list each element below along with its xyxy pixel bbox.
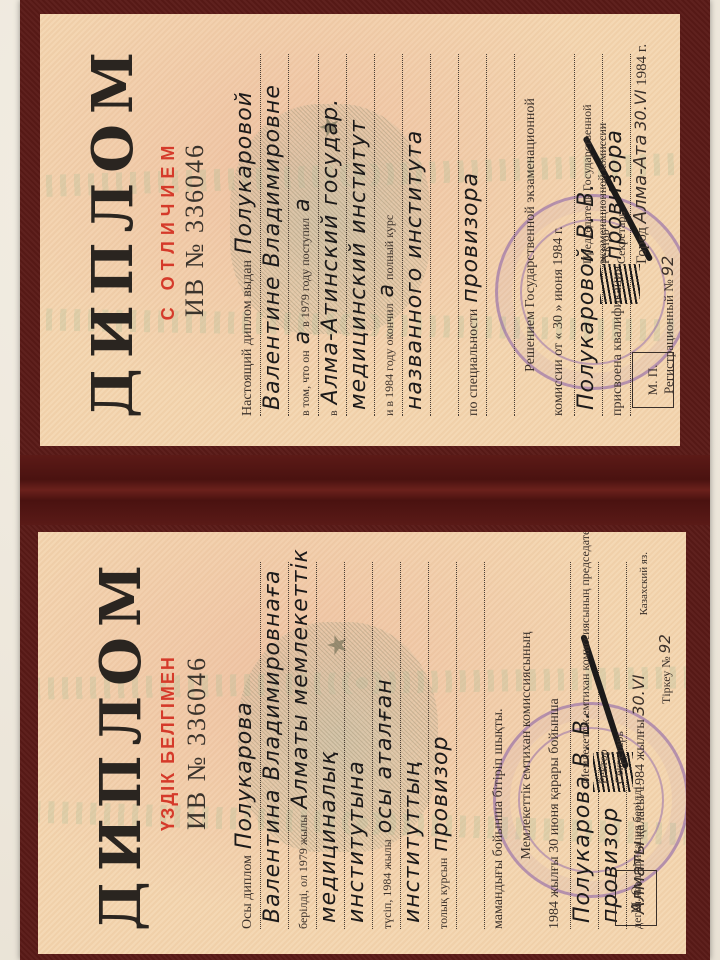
body-line: комиссии от « 30 » июня 1984 г.: [544, 54, 575, 416]
registration-line: Регистрационный № 92: [658, 256, 677, 394]
body-line: Осы дипломПолукарова: [230, 562, 261, 929]
body-line: Настоящий диплом выданПолукаровой: [230, 54, 261, 416]
body-line: в том, что она в 1979 году поступила: [288, 54, 319, 416]
body-line: мамандығы бойынша бітіріп шықты.: [484, 562, 514, 929]
body-line: и в 1984 году окончила полный курс: [372, 54, 403, 416]
registration-line: Тіркеу № 92: [656, 634, 674, 704]
body-line: названного института: [400, 54, 431, 416]
chair-label: Мемлекеттік емтихан комиссиясының предсе…: [578, 532, 593, 784]
diploma-subtitle: С ОТЛИЧИЕМ: [158, 14, 179, 446]
russian-page: ★ ДИПЛОМ С ОТЛИЧИЕМ ИВ № 336046 Настоящи…: [40, 14, 680, 446]
body-line: 1984 жылғы 30 июня қарары бойынша: [540, 562, 571, 929]
diploma-serial-number: ИВ № 336046: [182, 532, 212, 954]
secretary-label: Секретарь: [614, 211, 629, 264]
body-line: [428, 54, 459, 416]
body-line: институтына: [342, 562, 373, 929]
body-line: по специальностипровизора: [456, 54, 487, 416]
diploma-serial-number: ИВ № 336046: [180, 14, 210, 446]
body-line: Мемлекеттік емтихан комиссиясының: [512, 562, 542, 929]
body-line: Валентина Владимировнаға: [258, 562, 289, 929]
city-line: Алматы қаласы 1984 жылғы 30.VI: [628, 675, 649, 914]
diploma-title: ДИПЛОМ: [88, 532, 154, 954]
body-line: медициналық: [314, 562, 345, 929]
body-line: Валентине Владимировне: [258, 54, 289, 416]
body-line: [484, 54, 515, 416]
printer-imprint: Казахский яз.: [638, 552, 650, 615]
body-line: берілді, ол 1979 жылыАлматы мемлекеттік: [286, 562, 317, 929]
city-line: Город Алма-Ата 30.VI 1984 г.: [630, 44, 651, 264]
diploma-title: ДИПЛОМ: [80, 14, 146, 446]
body-line: толық курсынпровизор: [426, 562, 457, 929]
body-line: Решением Государственной экзаменационной: [516, 54, 546, 416]
kazakh-page: ★ ДИПЛОМ ҮЗДІК БЕЛГІМЕН ИВ № 336046 Осы …: [38, 532, 686, 954]
diploma-spine: [20, 455, 710, 525]
body-line: [454, 562, 485, 929]
rector-label: Ректор: [598, 229, 613, 264]
diploma-subtitle: ҮЗДІК БЕЛГІМЕН: [158, 532, 179, 954]
rector-signature: [600, 264, 640, 304]
body-line: түсіп, 1984 жылыосы аталған: [370, 562, 401, 929]
body-line: вАлма-Атинский государ.: [316, 54, 347, 416]
body-line: медицинский институт: [344, 54, 375, 416]
secretary-label: Секретарь: [612, 731, 627, 784]
body-line: институттың: [398, 562, 429, 929]
rector-label: Ректор: [596, 749, 611, 784]
